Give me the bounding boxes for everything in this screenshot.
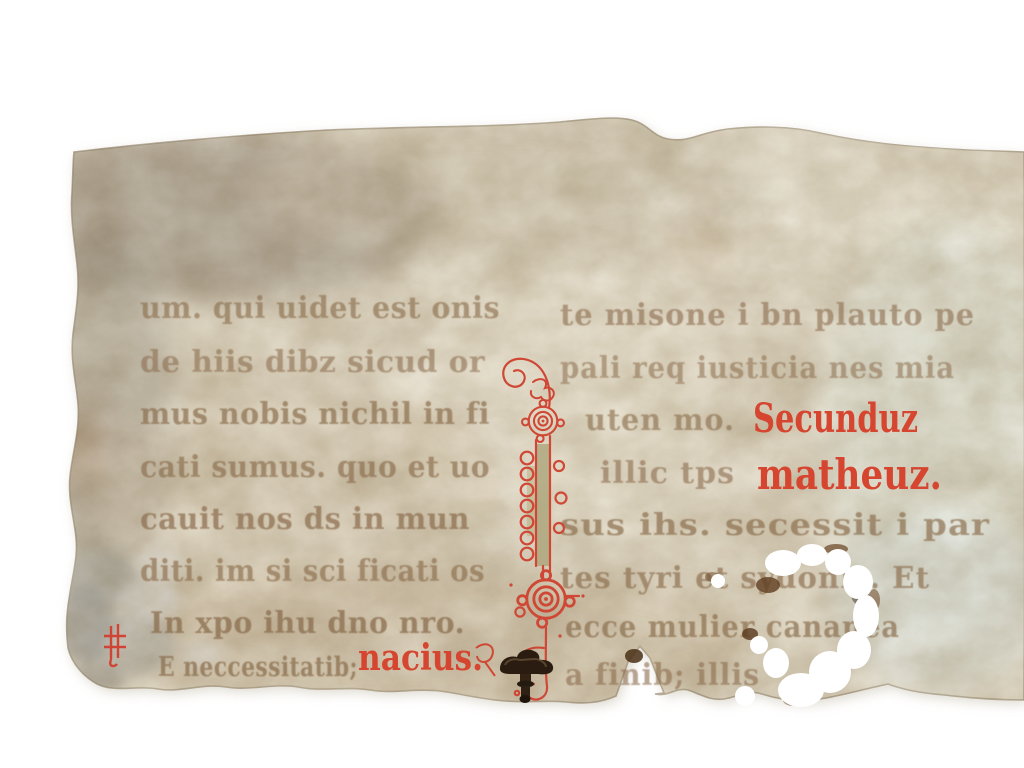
manuscript-line: In xpo ihu dno nro. [150,606,465,641]
manuscript-line: diti. im si sci ficati os [140,554,485,589]
manuscript-photo: um. qui uidet est onis de hiis dibz sicu… [0,0,1024,768]
manuscript-line: illic tps [600,456,735,491]
manuscript-line: mus nobis nichil in fi [140,397,490,432]
rubric-matheum: matheuz. [757,450,942,499]
bottom-rubric: nacius. [358,637,483,679]
manuscript-line: de hiis dibz sicud or [140,345,486,380]
manuscript-line: a finib; illis [565,658,760,693]
manuscript-line: cauit nos ds in mun [140,502,470,537]
manuscript-line: sus ihs. secessit i par [560,508,990,543]
manuscript-line: pali req iusticia nes mia [560,351,955,386]
manuscript-line: E neccessitatib; [158,652,358,683]
initial-infill [536,444,550,566]
photo-stage: um. qui uidet est onis de hiis dibz sicu… [0,0,1024,768]
manuscript-line: te misone i bn plauto pe [560,298,975,333]
manuscript-line: uten mo. [585,403,735,438]
manuscript-line: um. qui uidet est onis [140,291,500,326]
rubric-secundum: Secunduz [753,395,918,442]
manuscript-line: cati sumus. quo et uo [140,450,490,485]
